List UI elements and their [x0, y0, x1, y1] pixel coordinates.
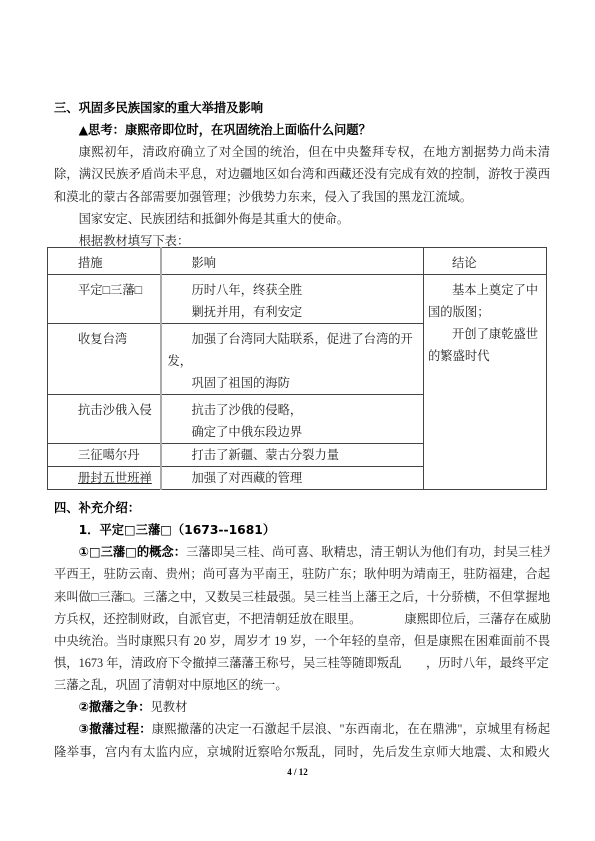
paragraph-line: 中央统治。当时康熙只有 20 岁，周岁才 19 岁，一个年轻的皇帝，但是康熙在困… — [54, 630, 550, 652]
paragraph-line: 惧，1673 年，清政府下令撤掉三藩藩王称号，吴三桂等随即叛乱 ，历时八年，最终… — [54, 652, 550, 674]
process-label: ③撤藩过程： — [79, 722, 152, 736]
impact-cell: 历时八年，终获全胜 剿抚并用，有利安定 — [161, 275, 424, 324]
document-page: 三、巩固多民族国家的重大举措及影响 ▲思考：康熙帝即位时，在巩固统治上面临什么问… — [0, 0, 595, 841]
section-4-heading: 四、补充介绍： — [54, 497, 550, 519]
subsection-title: 1．平定□三藩□（1673--1681） — [54, 519, 550, 541]
paragraph-line: 来叫做□三藩□。三藩之中，又数吴三桂最强。吴三桂当上藩王之后，十分骄横，不但掌握… — [54, 586, 550, 608]
concept-label: ①□三藩□的概念： — [79, 545, 186, 559]
conclusion-cell: 基本上奠定了中 国的版图； 开创了康乾盛世 的繁盛时代 — [424, 275, 547, 490]
paragraph-mission: 国家安定、民族团结和抵御外侮是其重大的使命。 — [54, 208, 550, 230]
paragraph-line: 除，满汉民族矛盾尚未平息，对边疆地区如台湾和西藏还没有完成有效的控制，游牧于漠西 — [54, 163, 550, 185]
measure-cell: 三征噶尔丹 — [48, 444, 161, 467]
section-3-heading: 三、巩固多民族国家的重大举措及影响 — [54, 97, 550, 119]
table-header-row: 措施 影响 结论 — [48, 248, 547, 275]
impact-cell: 加强了对西藏的管理 — [161, 467, 424, 490]
impact-cell: 加强了台湾同大陆联系，促进了台湾的开 发， 巩固了祖国的海防 — [161, 324, 424, 395]
header-cell: 影响 — [161, 248, 424, 275]
process-line: ③撤藩过程：康熙撤藩的决定一石激起千层浪、"东西南北，在在鼎沸"，京城里有杨起 — [54, 718, 550, 740]
measure-cell: 册封五世班禅 — [48, 467, 161, 490]
paragraph-line: 康熙初年，清政府确立了对全国的统治，但在中央鳌拜专权，在地方割据势力尚未清 — [54, 141, 550, 163]
impact-cell: 打击了新疆、蒙古分裂力量 — [161, 444, 424, 467]
think-prompt: ▲思考：康熙帝即位时，在巩固统治上面临什么问题？ — [54, 119, 550, 141]
measures-table: 措施 影响 结论 平定□三藩□ 历时八年，终获全胜 剿抚并用，有利安定 基本上奠… — [47, 247, 547, 490]
header-cell: 措施 — [48, 248, 161, 275]
impact-cell: 抗击了沙俄的侵略， 确定了中俄东段边界 — [161, 395, 424, 444]
measure-cell: 平定□三藩□ — [48, 275, 161, 324]
paragraph-line: 隆举事，宫内有太监内应，京城附近察哈尔叛乱，同时，先后发生京师大地震、太和殿火 — [54, 741, 550, 763]
paragraph-line: 方兵权，还控制财政，自派官吏，不把清朝廷放在眼里。 康熙即位后，三藩存在威胁到 — [54, 608, 550, 630]
concept-paragraph-line: ①□三藩□的概念：三藩即吴三桂、尚可喜、耿精忠，清王朝认为他们有功，封吴三桂为 — [54, 541, 550, 563]
table-row: 平定□三藩□ 历时八年，终获全胜 剿抚并用，有利安定 基本上奠定了中 国的版图；… — [48, 275, 547, 324]
dispute-label: ②撤藩之争： — [79, 700, 151, 714]
dispute-line: ②撤藩之争：见教材 — [54, 696, 550, 718]
paragraph-line: 三藩之乱，巩固了清朝对中原地区的统一。 — [54, 674, 550, 696]
paragraph-line: 平西王，驻防云南、贵州；尚可喜为平南王，驻防广东；耿仲明为靖南王，驻防福建，合起 — [54, 563, 550, 585]
paragraph-line: 和漠北的蒙古各部需要加强管理；沙俄势力东来，侵入了我国的黑龙江流域。 — [54, 186, 550, 208]
measure-cell: 收复台湾 — [48, 324, 161, 395]
measure-cell: 抗击沙俄入侵 — [48, 395, 161, 444]
section-4: 四、补充介绍： 1．平定□三藩□（1673--1681） ①□三藩□的概念：三藩… — [54, 497, 550, 763]
section-3: 三、巩固多民族国家的重大举措及影响 ▲思考：康熙帝即位时，在巩固统治上面临什么问… — [54, 97, 550, 252]
header-cell: 结论 — [424, 248, 547, 275]
page-number: 4 / 12 — [0, 767, 595, 777]
